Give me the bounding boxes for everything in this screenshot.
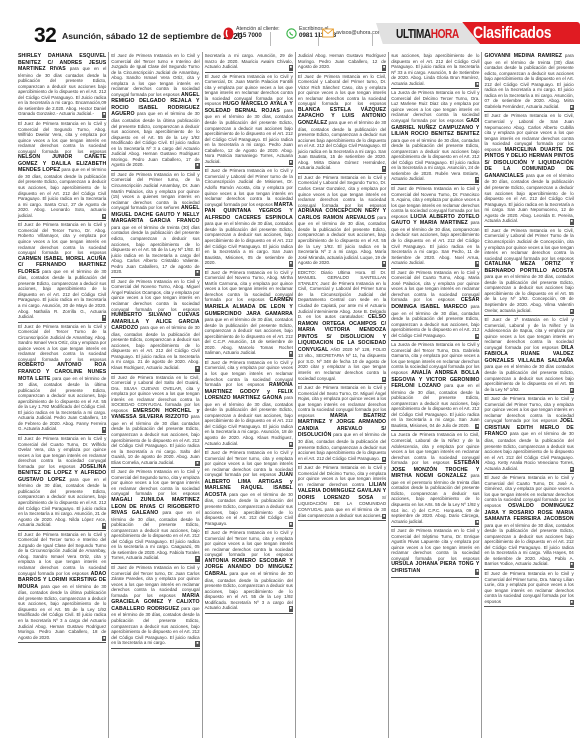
notice-code-tag: ■ xyxy=(475,424,479,430)
notice-body-text: para que en el término de 30 días, conta… xyxy=(205,221,293,265)
notice-code-tag: ■ xyxy=(570,600,574,606)
notice-code-tag: ■ xyxy=(570,309,574,315)
notice-body-text: para que en el término de 30 días, conta… xyxy=(18,376,106,432)
legal-notice: El Juez de Primera Instancia en lo Civil… xyxy=(111,171,199,278)
legal-notice: El Juez de Primera Instancia en lo Civil… xyxy=(484,112,573,226)
notice-code-tag: ■ xyxy=(475,82,479,88)
notice-body-text: para que en el término de 30 días, conta… xyxy=(205,395,293,445)
legal-notice: Secretaría a mi cargo. Asunción, 29 de m… xyxy=(205,52,293,73)
notice-lead-text: El Juez de Primera Instancia en lo Civil… xyxy=(205,530,293,557)
notice-code-tag: ■ xyxy=(570,105,574,111)
legal-notice: El Juez de Primera Instancia en lo Civil… xyxy=(111,374,199,469)
legal-notice: El Juez de Primera Instancia en lo Civil… xyxy=(205,529,293,614)
notice-party-names: CATALINA MEZA ORTIZ Y BERNARDO PORTILLO … xyxy=(484,261,573,274)
legal-notice: El Juez de Primera Instancia en lo Civil… xyxy=(391,185,479,269)
notice-code-tag: ■ xyxy=(289,261,293,267)
legal-notice: El Juez de Primera Instancia en lo Civil… xyxy=(484,474,573,570)
notice-lead-text: Secretaría a mi cargo. Asunción, 29 de m… xyxy=(205,53,293,69)
dateline: Asunción, sábado 12 de septiembre de 202… xyxy=(62,31,243,41)
legal-notice: El Juez de Primera Instancia en lo Civil… xyxy=(111,468,199,564)
envelope-icon xyxy=(322,26,334,40)
notice-code-tag: ■ xyxy=(382,166,386,172)
notice-code-tag: ■ xyxy=(289,160,293,166)
notice-code-tag: ■ xyxy=(382,457,386,463)
legal-notice: El Juez de Primera Instancia en lo Civil… xyxy=(484,570,573,607)
brand-logo: ULTIMAHORA xyxy=(396,26,459,41)
divider xyxy=(270,32,271,46)
notice-code-tag: ■ xyxy=(195,641,199,647)
notice-lead-text: El Juez de Primera Instancia en lo Civil… xyxy=(111,53,199,97)
classifieds-columns: SHIRLEY DAHIANA ESQUIVEL BENITEZ C/ ANDR… xyxy=(16,52,576,738)
notice-code-tag: ■ xyxy=(102,523,106,529)
legal-notice: El Juez de Primera Instancia en lo Civil… xyxy=(205,167,293,268)
legal-notice: El Juez de Primera Instancia en lo Civil… xyxy=(18,221,106,322)
notice-body-text: para que en el término de 30 días, conta… xyxy=(391,138,479,182)
notice-lead-text: El Juez de Primera Instancia en lo Civil… xyxy=(298,175,386,208)
notice-body-text: para que en el término de 30 días, conta… xyxy=(18,167,106,217)
notice-code-tag: ■ xyxy=(475,261,479,267)
legal-notice: sus acciones, bajo apercibimiento de lo … xyxy=(391,52,479,89)
phone-icon xyxy=(222,26,234,40)
notice-body-text: para que en el término de 30 días, conta… xyxy=(111,325,199,370)
legal-notice: El Juez de Primera Instancia en lo Civil… xyxy=(205,269,293,359)
notice-body-text: para que en el término de 30 días, conta… xyxy=(18,584,106,640)
legal-notice: El Juez de Primera Instancia en lo Civil… xyxy=(205,359,293,449)
divider xyxy=(372,32,373,46)
notice-lead-text: El Juez de Primera Instancia en lo Civil… xyxy=(18,324,106,362)
notice-body-text: para que en el término de 30 días, conta… xyxy=(111,606,199,645)
column-4: Judicial Abog. Hernan Gustavo Rodríguez … xyxy=(296,52,389,738)
notice-code-tag: ■ xyxy=(475,569,479,575)
notice-code-tag: ■ xyxy=(570,467,574,473)
legal-notice: El Juez de Primera Instancia en lo Civil… xyxy=(391,269,479,342)
notice-code-tag: ■ xyxy=(382,261,386,267)
legal-notice: El Juez de Primera Instancia en lo Civil… xyxy=(484,227,573,316)
brand-red-text: HORA xyxy=(431,26,459,41)
notice-code-tag: ■ xyxy=(195,461,199,467)
legal-notice: SHIRLEY DAHIANA ESQUIVEL BENITEZ C/ ANDR… xyxy=(18,52,106,120)
notice-lead-text: El Juez de Primera Instancia en lo Civil… xyxy=(18,532,106,576)
notice-body-text: para que en el término de 30 días contad… xyxy=(111,414,199,464)
legal-notice: El Juez de Primera Instancia en lo Civil… xyxy=(18,531,106,643)
notice-body-text: para que en el término de 30 días contad… xyxy=(484,364,573,391)
notice-code-tag: ■ xyxy=(195,270,199,276)
notice-body-text: para que en el término de 30 días, conta… xyxy=(484,431,573,470)
notice-body-text: para que en el término de 30 días, conta… xyxy=(205,108,293,164)
notice-body-text: para que en el término de treinta (30) d… xyxy=(484,53,573,109)
notice-body-text: para que en el término de treinta (30) d… xyxy=(111,225,199,274)
legal-notice: El Juez de Primera Instancia en lo Civil… xyxy=(18,435,106,531)
notice-body-text: para que en el término de 30 días contad… xyxy=(111,111,199,167)
notice-code-tag: ■ xyxy=(289,522,293,528)
notice-lead-text: El Juez de Primera Instancia en lo Civil… xyxy=(391,528,479,561)
divider xyxy=(318,32,319,46)
column-1: SHIRLEY DAHIANA ESQUIVEL BENITEZ C/ ANDR… xyxy=(16,52,109,738)
legal-notice: El Juez de Primera Instancia en lo Civil… xyxy=(18,323,106,435)
notice-code-tag: ■ xyxy=(102,315,106,321)
notice-party-names: GIOVANNI MEDINA RAMIREZ xyxy=(484,53,562,59)
notice-body-text: para que en el término de 30 días, conta… xyxy=(298,215,386,265)
notice-code-tag: ■ xyxy=(289,65,293,71)
notice-code-tag: ■ xyxy=(382,65,386,71)
legal-notice: GIOVANNI MEDINA RAMIREZ para que en el t… xyxy=(484,52,573,112)
legal-notice: La Jueza de Primera Instancia en lo Civi… xyxy=(391,341,479,431)
page-header: 32 Asunción, sábado 12 de septiembre de … xyxy=(0,22,580,46)
legal-notice: El Juez de Primera Instancia en lo Civil… xyxy=(205,73,293,168)
notice-code-tag: ■ xyxy=(475,334,479,340)
legal-notice: El Juez de Primera Instancia en lo Civil… xyxy=(391,527,479,577)
notice-code-tag: ■ xyxy=(102,636,106,642)
notice-party-names: ADRIANA CONCEPCION NERY Y CARLOS RAMON A… xyxy=(298,208,386,221)
notice-body-text: para que en el término de 30 días, conta… xyxy=(18,269,106,319)
brand-dark-text: ULTIMA xyxy=(396,26,431,41)
notice-code-tag: ■ xyxy=(195,366,199,372)
notice-lead-text: El Juez de Primera Instancia en lo Civil… xyxy=(18,121,106,154)
notice-body-text: para que en el término de 30 días, conta… xyxy=(298,120,386,170)
notice-code-tag: ■ xyxy=(102,427,106,433)
notice-body-text: para que en el término de 30 días, conta… xyxy=(484,173,573,223)
legal-notice: El Juez de Primera Instancia en lo Civil… xyxy=(484,395,573,474)
legal-notice: El Juez de Primera Instancia en lo Civil… xyxy=(111,278,199,374)
legal-notice: El Juez de Primera Instancia en lo Civil… xyxy=(298,174,386,269)
column-2: El Juez de Primera Instancia en lo Civil… xyxy=(109,52,202,738)
notice-body-text: para que en el término de 30 días, conta… xyxy=(18,477,106,527)
notice-code-tag: ■ xyxy=(289,351,293,357)
notice-body-text: para que en el término de 30 días, conta… xyxy=(111,510,199,560)
notice-body-text: para que en el perentorio término de tre… xyxy=(391,473,479,523)
legal-notice: La Jueza de Primera Instancia en lo Civi… xyxy=(391,431,479,527)
notice-lead-text: EDICTO: Diario Ultima Hora. El Dr. MANUE… xyxy=(298,270,386,319)
legal-notice: El Juez de 1ª Instancia en lo Civil y Co… xyxy=(484,316,573,395)
legal-notice: El Juez de Primera Instancia en lo Civil… xyxy=(111,564,199,649)
legal-notice: El Juez de Primera Instancia en lo Civil… xyxy=(298,73,386,174)
column-5: sus acciones, bajo apercibimiento de lo … xyxy=(389,52,482,738)
notice-party-names: URSULA JOHANA PIERA TONG Y CHRISTIAN xyxy=(391,561,479,574)
notice-body-text: para que en el término de 30 días, compa… xyxy=(391,220,479,265)
notice-lead-text: El Juez de Primera Instancia en lo Civil… xyxy=(111,279,199,312)
legal-notice: El Juez de Primera Instancia en lo Civil… xyxy=(18,120,106,221)
notice-code-tag: ■ xyxy=(382,377,386,383)
whatsapp-icon xyxy=(285,26,297,40)
notice-code-tag: ■ xyxy=(570,388,574,394)
notice-code-tag: ■ xyxy=(475,177,479,183)
phone-number: 415 7000 xyxy=(236,32,280,40)
notice-code-tag: ■ xyxy=(382,514,386,520)
page-number: 32 xyxy=(34,24,56,48)
legal-notice: El Juez de Primera Instancia en lo Civil… xyxy=(298,464,386,521)
notice-lead-text: El Juez de Primera Instancia en lo Civil… xyxy=(111,469,199,496)
notice-lead-text: El Juez de Primera Instancia en lo Civil… xyxy=(298,74,386,107)
notice-lead-text: El Juez de Primera Instancia en lo Civil… xyxy=(18,222,106,255)
legal-notice: La Jueza de Primera Instancia en lo Civi… xyxy=(391,89,479,185)
notice-code-tag: ■ xyxy=(289,606,293,612)
notice-code-tag: ■ xyxy=(195,556,199,562)
section-title: Clasificados xyxy=(473,23,551,43)
notice-body-text: para que en el término de 30 días contad… xyxy=(18,66,106,116)
notice-lead-text: El Juez de Primera Instancia en lo Civil… xyxy=(484,571,573,604)
legal-notice: El Juez de Primera Instancia en lo Civil… xyxy=(111,52,199,171)
column-3: Secretaría a mi cargo. Asunción, 29 de m… xyxy=(203,52,296,738)
notice-code-tag: ■ xyxy=(570,562,574,568)
notice-body-text: para que en el término de 30 días, conta… xyxy=(484,523,573,567)
notice-code-tag: ■ xyxy=(475,520,479,526)
legal-notice: Judicial Abog. Hernan Gustavo Rodríguez … xyxy=(298,52,386,73)
column-6: GIOVANNI MEDINA RAMIREZ para que en el t… xyxy=(482,52,575,738)
notice-body-text: para que en el término de 30 días, conta… xyxy=(391,383,479,428)
notice-code-tag: ■ xyxy=(570,219,574,225)
notice-code-tag: ■ xyxy=(289,442,293,448)
legal-notice: El Juez de Primera Instancia en lo Civil… xyxy=(205,449,293,529)
notice-body-text: para que en el término de 30 días, conta… xyxy=(484,274,573,312)
notice-body-text: para que en el término de 30 días, conta… xyxy=(205,317,293,355)
notice-lead-text: El Juez de Primera Instancia en lo Civil… xyxy=(484,228,573,261)
legal-notice: El Juez de Primera Instancia en lo Civil… xyxy=(298,384,386,464)
notice-lead-text: Judicial Abog. Hernan Gustavo Rodríguez … xyxy=(298,53,386,69)
notice-code-tag: ■ xyxy=(102,214,106,220)
notice-lead-text: sus acciones, bajo apercibimiento de lo … xyxy=(391,53,479,86)
notice-code-tag: ■ xyxy=(195,163,199,169)
notice-body-text: para que en el término de 30 días, conta… xyxy=(205,571,293,610)
notice-code-tag: ■ xyxy=(102,112,106,118)
legal-notice: EDICTO: Diario Ultima Hora. El Dr. MANUE… xyxy=(298,269,386,384)
